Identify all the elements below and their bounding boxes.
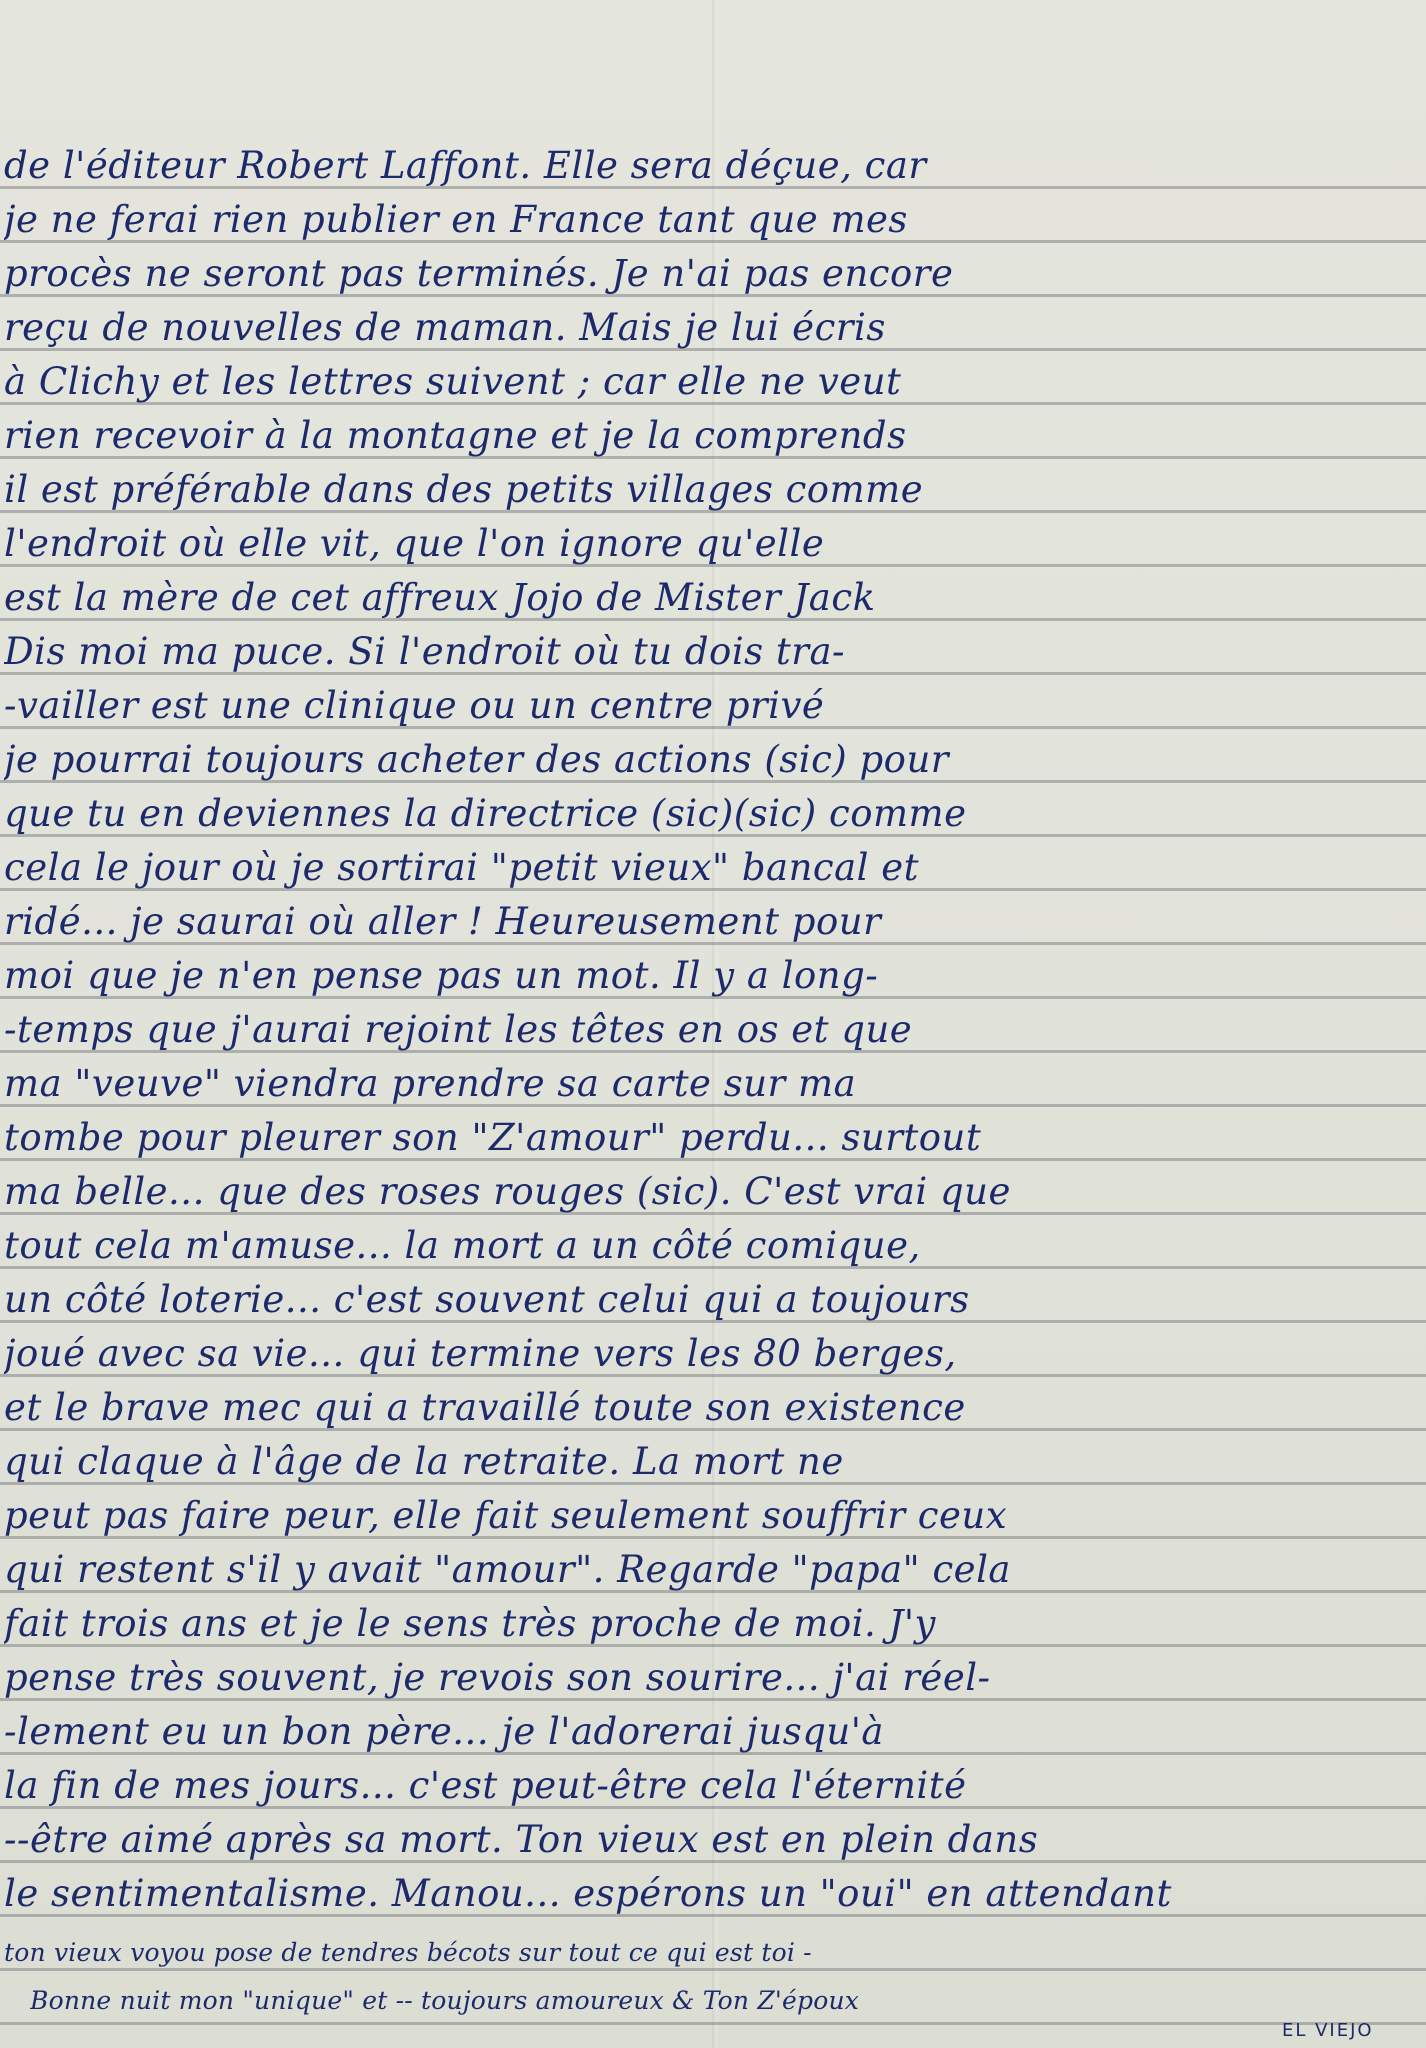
ruled-line bbox=[0, 2022, 1426, 2025]
letter-line: et le brave mec qui a travaillé toute so… bbox=[4, 1386, 1422, 1430]
ruled-line bbox=[0, 1968, 1426, 1971]
letter-line: cela le jour où je sortirai "petit vieux… bbox=[4, 846, 1422, 890]
letter-line: est la mère de cet affreux Jojo de Miste… bbox=[4, 576, 1422, 620]
letter-line-postscript: ton vieux voyou pose de tendres bécots s… bbox=[4, 1938, 1422, 1968]
letter-line: un côté loterie... c'est souvent celui q… bbox=[4, 1278, 1422, 1322]
letter-line: moi que je n'en pense pas un mot. Il y a… bbox=[4, 954, 1422, 998]
letter-line: ridé... je saurai où aller ! Heureusemen… bbox=[4, 900, 1422, 944]
letter-line: pense très souvent, je revois son sourir… bbox=[4, 1656, 1422, 1700]
letter-line: le sentimentalisme. Manou... espérons un… bbox=[4, 1872, 1422, 1916]
letter-line: -vailler est une clinique ou un centre p… bbox=[4, 684, 1422, 728]
letter-line: fait trois ans et je le sens très proche… bbox=[4, 1602, 1422, 1646]
letter-line: je ne ferai rien publier en France tant … bbox=[4, 198, 1422, 242]
letter-line: tout cela m'amuse... la mort a un côté c… bbox=[4, 1224, 1422, 1268]
letter-line: reçu de nouvelles de maman. Mais je lui … bbox=[4, 306, 1422, 350]
letter-page: de l'éditeur Robert Laffont. Elle sera d… bbox=[0, 0, 1426, 2048]
letter-line: de l'éditeur Robert Laffont. Elle sera d… bbox=[4, 144, 1422, 188]
letter-line: ma belle... que des roses rouges (sic). … bbox=[4, 1170, 1422, 1214]
letter-line-closing: Bonne nuit mon "unique" et -- toujours a… bbox=[30, 1986, 1426, 2016]
letter-line: ma "veuve" viendra prendre sa carte sur … bbox=[4, 1062, 1422, 1106]
letter-line: tombe pour pleurer son "Z'amour" perdu..… bbox=[4, 1116, 1422, 1160]
letter-line: -lement eu un bon père... je l'adorerai … bbox=[4, 1710, 1422, 1754]
letter-line: il est préférable dans des petits villag… bbox=[4, 468, 1422, 512]
letter-line: je pourrai toujours acheter des actions … bbox=[4, 738, 1422, 782]
letter-line: -temps que j'aurai rejoint les têtes en … bbox=[4, 1008, 1422, 1052]
letter-line: que tu en deviennes la directrice (sic)(… bbox=[4, 792, 1422, 836]
letter-line: qui claque à l'âge de la retraite. La mo… bbox=[4, 1440, 1422, 1484]
letter-line: joué avec sa vie... qui termine vers les… bbox=[4, 1332, 1422, 1376]
letter-line: qui restent s'il y avait "amour". Regard… bbox=[4, 1548, 1422, 1592]
letter-line: l'endroit où elle vit, que l'on ignore q… bbox=[4, 522, 1422, 566]
letter-line: peut pas faire peur, elle fait seulement… bbox=[4, 1494, 1422, 1538]
letter-line: Dis moi ma puce. Si l'endroit où tu dois… bbox=[4, 630, 1422, 674]
letter-line: la fin de mes jours... c'est peut-être c… bbox=[4, 1764, 1422, 1808]
letter-line: à Clichy et les lettres suivent ; car el… bbox=[4, 360, 1422, 404]
letter-line: --être aimé après sa mort. Ton vieux est… bbox=[4, 1818, 1422, 1862]
letter-line: procès ne seront pas terminés. Je n'ai p… bbox=[4, 252, 1422, 296]
signature: EL VIEJO bbox=[1282, 2020, 1374, 2041]
letter-line: rien recevoir à la montagne et je la com… bbox=[4, 414, 1422, 458]
